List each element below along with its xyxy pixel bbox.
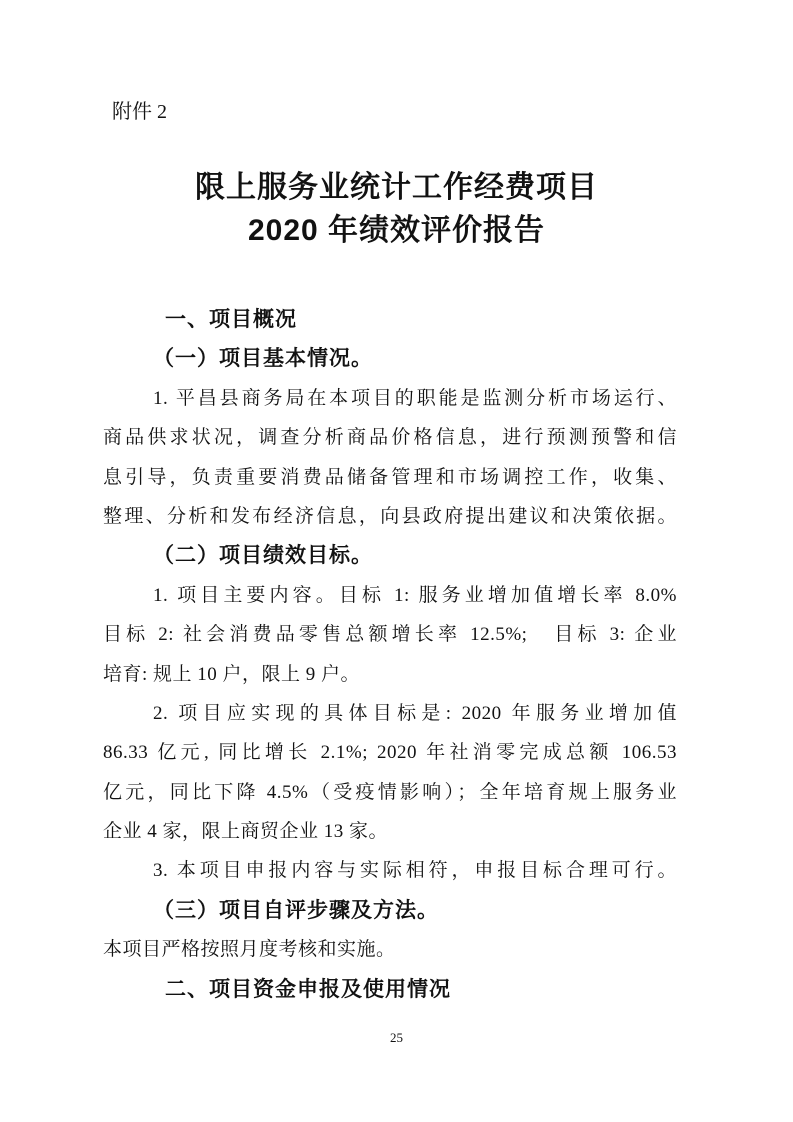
attachment-label: 附件 2 — [112, 98, 167, 126]
document-title-line-1: 限上服务业统计工作经费项目 — [0, 166, 793, 209]
document-body: 一、项目概况 （一）项目基本情况。 1. 平昌县商务局在本项目的职能是监测分析市… — [103, 300, 677, 1009]
document-page: 附件 2 限上服务业统计工作经费项目 2020 年绩效评价报告 一、项目概况 （… — [0, 0, 793, 1122]
document-title: 限上服务业统计工作经费项目 2020 年绩效评价报告 — [0, 166, 793, 252]
section-heading-2: 二、项目资金申报及使用情况 — [103, 970, 677, 1009]
paragraph-line: 1. 项目主要内容。目标 1: 服务业增加值增长率 8.0% — [103, 576, 677, 615]
document-title-line-2: 2020 年绩效评价报告 — [0, 209, 793, 252]
paragraph-line: 1. 平昌县商务局在本项目的职能是监测分析市场运行、 — [103, 379, 677, 418]
paragraph-line: 目标 2: 社会消费品零售总额增长率 12.5%; 目标 3: 企业 — [103, 615, 677, 654]
paragraph-line: 商品供求状况，调查分析商品价格信息，进行预测预警和信 — [103, 418, 677, 457]
paragraph-line: 培育: 规上 10 户，限上 9 户。 — [103, 655, 677, 694]
page-number: 25 — [390, 1030, 403, 1045]
paragraph-line: 本项目严格按照月度考核和实施。 — [103, 930, 677, 969]
paragraph-line: 3. 本项目申报内容与实际相符，申报目标合理可行。 — [103, 851, 677, 890]
paragraph-line: 企业 4 家，限上商贸企业 13 家。 — [103, 812, 677, 851]
paragraph-line: 息引导，负责重要消费品储备管理和市场调控工作，收集、 — [103, 458, 677, 497]
page-footer: 25 — [0, 1029, 793, 1047]
section-heading-1: 一、项目概况 — [103, 300, 677, 339]
paragraph-line: 86.33 亿元, 同比增长 2.1%; 2020 年社消零完成总额 106.5… — [103, 733, 677, 772]
paragraph-line: 亿元，同比下降 4.5%（受疫情影响）；全年培育规上服务业 — [103, 773, 677, 812]
subsection-heading-1-2: （二）项目绩效目标。 — [103, 536, 677, 575]
paragraph-line: 2. 项目应实现的具体目标是: 2020 年服务业增加值 — [103, 694, 677, 733]
paragraph-line: 整理、分析和发布经济信息，向县政府提出建议和决策依据。 — [103, 497, 677, 536]
subsection-heading-1-1: （一）项目基本情况。 — [103, 339, 677, 378]
subsection-heading-1-3: （三）项目自评步骤及方法。 — [103, 891, 677, 930]
